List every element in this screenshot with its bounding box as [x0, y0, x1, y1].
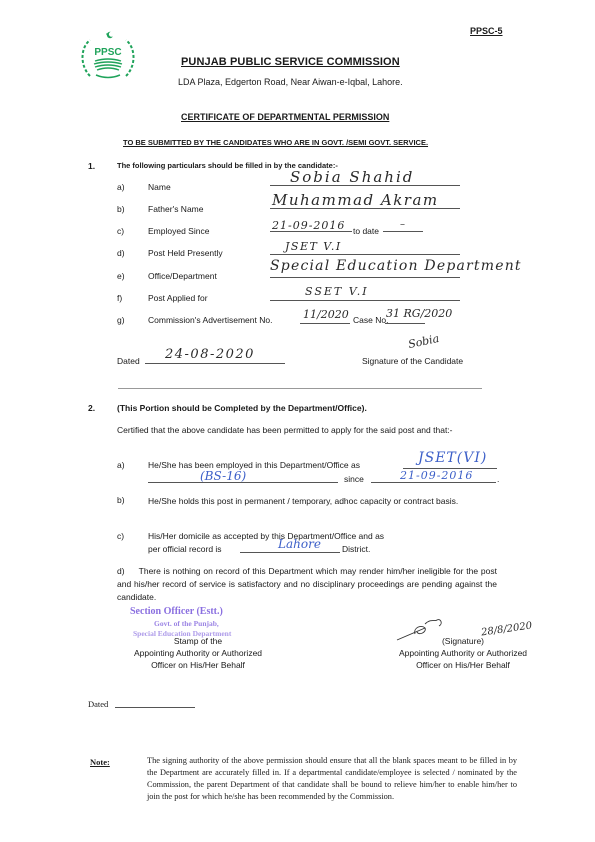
employed-since-field[interactable]: 21-09-2016 — [272, 219, 345, 232]
since-label: since — [344, 474, 364, 484]
department-dated-field[interactable] — [115, 707, 195, 708]
item-c-letter: c) — [117, 531, 124, 541]
candidate-signature-label: Signature of the Candidate — [362, 356, 463, 366]
to-date-field[interactable]: – — [400, 219, 405, 230]
left-sig-line3: Officer on His/Her Behalf — [118, 659, 278, 671]
ppsc-logo: PPSC — [78, 28, 138, 84]
candidate-dated-line — [145, 363, 285, 364]
item-d-letter: d) — [117, 566, 125, 576]
to-date-label: to date — [353, 226, 379, 236]
stamp-line-2: Govt. of the Punjab, — [154, 619, 219, 628]
case-no-line — [385, 323, 425, 324]
post-held-line — [270, 254, 460, 255]
item-a-text: He/She has been employed in this Departm… — [148, 460, 360, 470]
label-employed-since: Employed Since — [148, 226, 209, 236]
right-sig-line3: Officer on His/Her Behalf — [378, 659, 548, 671]
org-address: LDA Plaza, Edgerton Road, Near Aiwan-e-I… — [178, 77, 403, 87]
item-a-letter: a) — [117, 460, 125, 470]
item-b-text: He/She holds this post in permanent / te… — [148, 495, 497, 508]
form-code: PPSC-5 — [470, 26, 503, 36]
district-label: District. — [342, 544, 370, 554]
post-applied-field[interactable]: SSET V.I — [305, 285, 369, 298]
org-title: PUNJAB PUBLIC SERVICE COMMISSION — [181, 56, 400, 68]
row-letter-b: b) — [117, 204, 125, 214]
section-divider — [118, 388, 482, 389]
row-letter-e: e) — [117, 271, 125, 281]
right-sig-line1: (Signature) — [378, 635, 548, 647]
section-2-number: 2. — [88, 403, 95, 413]
label-post-held: Post Held Presently — [148, 248, 223, 258]
right-signature-block: (Signature) Appointing Authority or Auth… — [378, 635, 548, 671]
item-d-paragraph: d) There is nothing on record of this De… — [117, 565, 497, 604]
item-c-text-line1: His/Her domicile as accepted by this Dep… — [148, 531, 384, 541]
district-field[interactable]: Lahore — [278, 537, 321, 551]
row-letter-c: c) — [117, 226, 124, 236]
name-field[interactable]: Sobia Shahid — [290, 168, 414, 186]
scale-field[interactable]: (BS-16) — [200, 469, 246, 483]
ppsc-emblem-icon: PPSC — [78, 28, 138, 84]
since-line — [371, 482, 496, 483]
department-dated-label: Dated — [88, 699, 108, 709]
post-held-field[interactable]: JSET V.I — [285, 240, 342, 253]
fathers-name-field[interactable]: Muhammad Akram — [272, 191, 439, 209]
left-signature-block: Stamp of the Appointing Authority or Aut… — [118, 635, 278, 671]
advertisement-no-field[interactable]: 11/2020 — [303, 308, 349, 321]
left-sig-line2: Appointing Authority or Authorized — [118, 647, 278, 659]
candidate-dated-field[interactable]: 24-08-2020 — [165, 347, 255, 362]
right-sig-line2: Appointing Authority or Authorized — [378, 647, 548, 659]
since-end: . — [497, 474, 499, 484]
label-post-applied: Post Applied for — [148, 293, 208, 303]
advertisement-no-line — [300, 323, 350, 324]
stamp-line-1: Section Officer (Estt.) — [130, 606, 223, 617]
label-advertisement-no: Commission's Advertisement No. — [148, 315, 272, 325]
office-department-line — [270, 277, 460, 278]
left-sig-line1: Stamp of the — [118, 635, 278, 647]
note-label: Note: — [90, 757, 110, 767]
row-letter-d: d) — [117, 248, 125, 258]
post-applied-line — [270, 300, 460, 301]
svg-text:PPSC: PPSC — [94, 47, 121, 58]
row-letter-g: g) — [117, 315, 125, 325]
candidate-signature[interactable]: Sobia — [407, 332, 440, 351]
submission-note: TO BE SUBMITTED BY THE CANDIDATES WHO AR… — [123, 138, 428, 147]
label-office-department: Office/Department — [148, 271, 217, 281]
item-c-text-line2: per official record is — [148, 544, 222, 554]
section-2-intro: Certified that the above candidate has b… — [117, 424, 497, 437]
item-d-text: There is nothing on record of this Depar… — [117, 566, 497, 602]
since-field[interactable]: 21-09-2016 — [400, 469, 473, 482]
row-letter-f: f) — [117, 293, 122, 303]
certificate-title: CERTIFICATE OF DEPARTMENTAL PERMISSION — [181, 112, 389, 122]
to-date-line — [383, 231, 423, 232]
case-no-field[interactable]: 31 RG/2020 — [386, 307, 452, 320]
section-1-number: 1. — [88, 161, 95, 171]
district-line — [240, 552, 340, 553]
label-fathers-name: Father's Name — [148, 204, 203, 214]
note-text: The signing authority of the above permi… — [147, 755, 517, 803]
case-no-label: Case No. — [353, 315, 388, 325]
label-name: Name — [148, 182, 171, 192]
employed-as-field[interactable]: JSET(VI) — [418, 450, 487, 466]
item-b-letter: b) — [117, 495, 125, 505]
candidate-dated-label: Dated — [117, 356, 140, 366]
row-letter-a: a) — [117, 182, 125, 192]
office-department-field[interactable]: Special Education Department — [270, 258, 522, 274]
section-2-heading: (This Portion should be Completed by the… — [117, 403, 367, 413]
